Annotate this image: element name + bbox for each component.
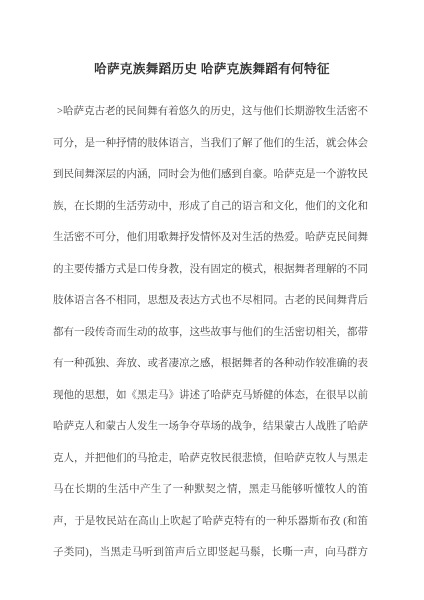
paragraph-line: 都有一段传奇而生动的故事，这些故事与他们的生活密切相关，都带 xyxy=(53,317,368,349)
paragraph-line: >哈萨克古老的民间舞有着悠久的历史，这与他们长期游牧生活密不 xyxy=(53,96,368,128)
paragraph-line: 克人，并把他们的马抢走，哈萨克牧民很悲愤，但哈萨克牧人与黑走 xyxy=(53,443,368,475)
article-paragraph: >哈萨克古老的民间舞有着悠久的历史，这与他们长期游牧生活密不 可分，是一种抒情的… xyxy=(53,96,368,569)
paragraph-line: 有一种孤独、奔放、或者凄凉之感，根据舞者的各种动作较准确的表 xyxy=(53,348,368,380)
document-page: 哈萨克族舞蹈历史 哈萨克族舞蹈有何特征 >哈萨克古老的民间舞有着悠久的历史，这与… xyxy=(0,0,424,600)
paragraph-line: 可分，是一种抒情的肢体语言，当我们了解了他们的生活，就会体会 xyxy=(53,128,368,160)
paragraph-line: 的主要传播方式是口传身教，没有固定的模式，根据舞者理解的不同， xyxy=(53,254,368,286)
paragraph-line: 肢体语言各不相同，思想及表达方式也不尽相同。古老的民间舞背后 xyxy=(53,285,368,317)
paragraph-line: 现他的思想，如《黑走马》讲述了哈萨克马矫健的体态，在很早以前， xyxy=(53,380,368,412)
paragraph-line: 子类同)，当黑走马听到笛声后立即竖起马鬃，长嘶一声，向马群方 xyxy=(53,537,368,569)
paragraph-line: 哈萨克人和蒙古人发生一场争夺草场的战争，结果蒙古人战胜了哈萨 xyxy=(53,411,368,443)
paragraph-line: 马在长期的生活中产生了一种默契之情，黑走马能够听懂牧人的笛 xyxy=(53,474,368,506)
paragraph-line: 到民间舞深层的内涵，同时会为他们感到自豪。哈萨克是一个游牧民 xyxy=(53,159,368,191)
paragraph-line: 族，在长期的生活劳动中，形成了自己的语言和文化，他们的文化和 xyxy=(53,191,368,223)
page-title: 哈萨克族舞蹈历史 哈萨克族舞蹈有何特征 xyxy=(0,59,424,77)
paragraph-line: 生活密不可分，他们用歌舞抒发情怀及对生活的热爱。哈萨克民间舞 xyxy=(53,222,368,254)
paragraph-line: 声，于是牧民站在高山上吹起了哈萨克特有的一种乐器斯布孜 (和笛 xyxy=(53,506,368,538)
